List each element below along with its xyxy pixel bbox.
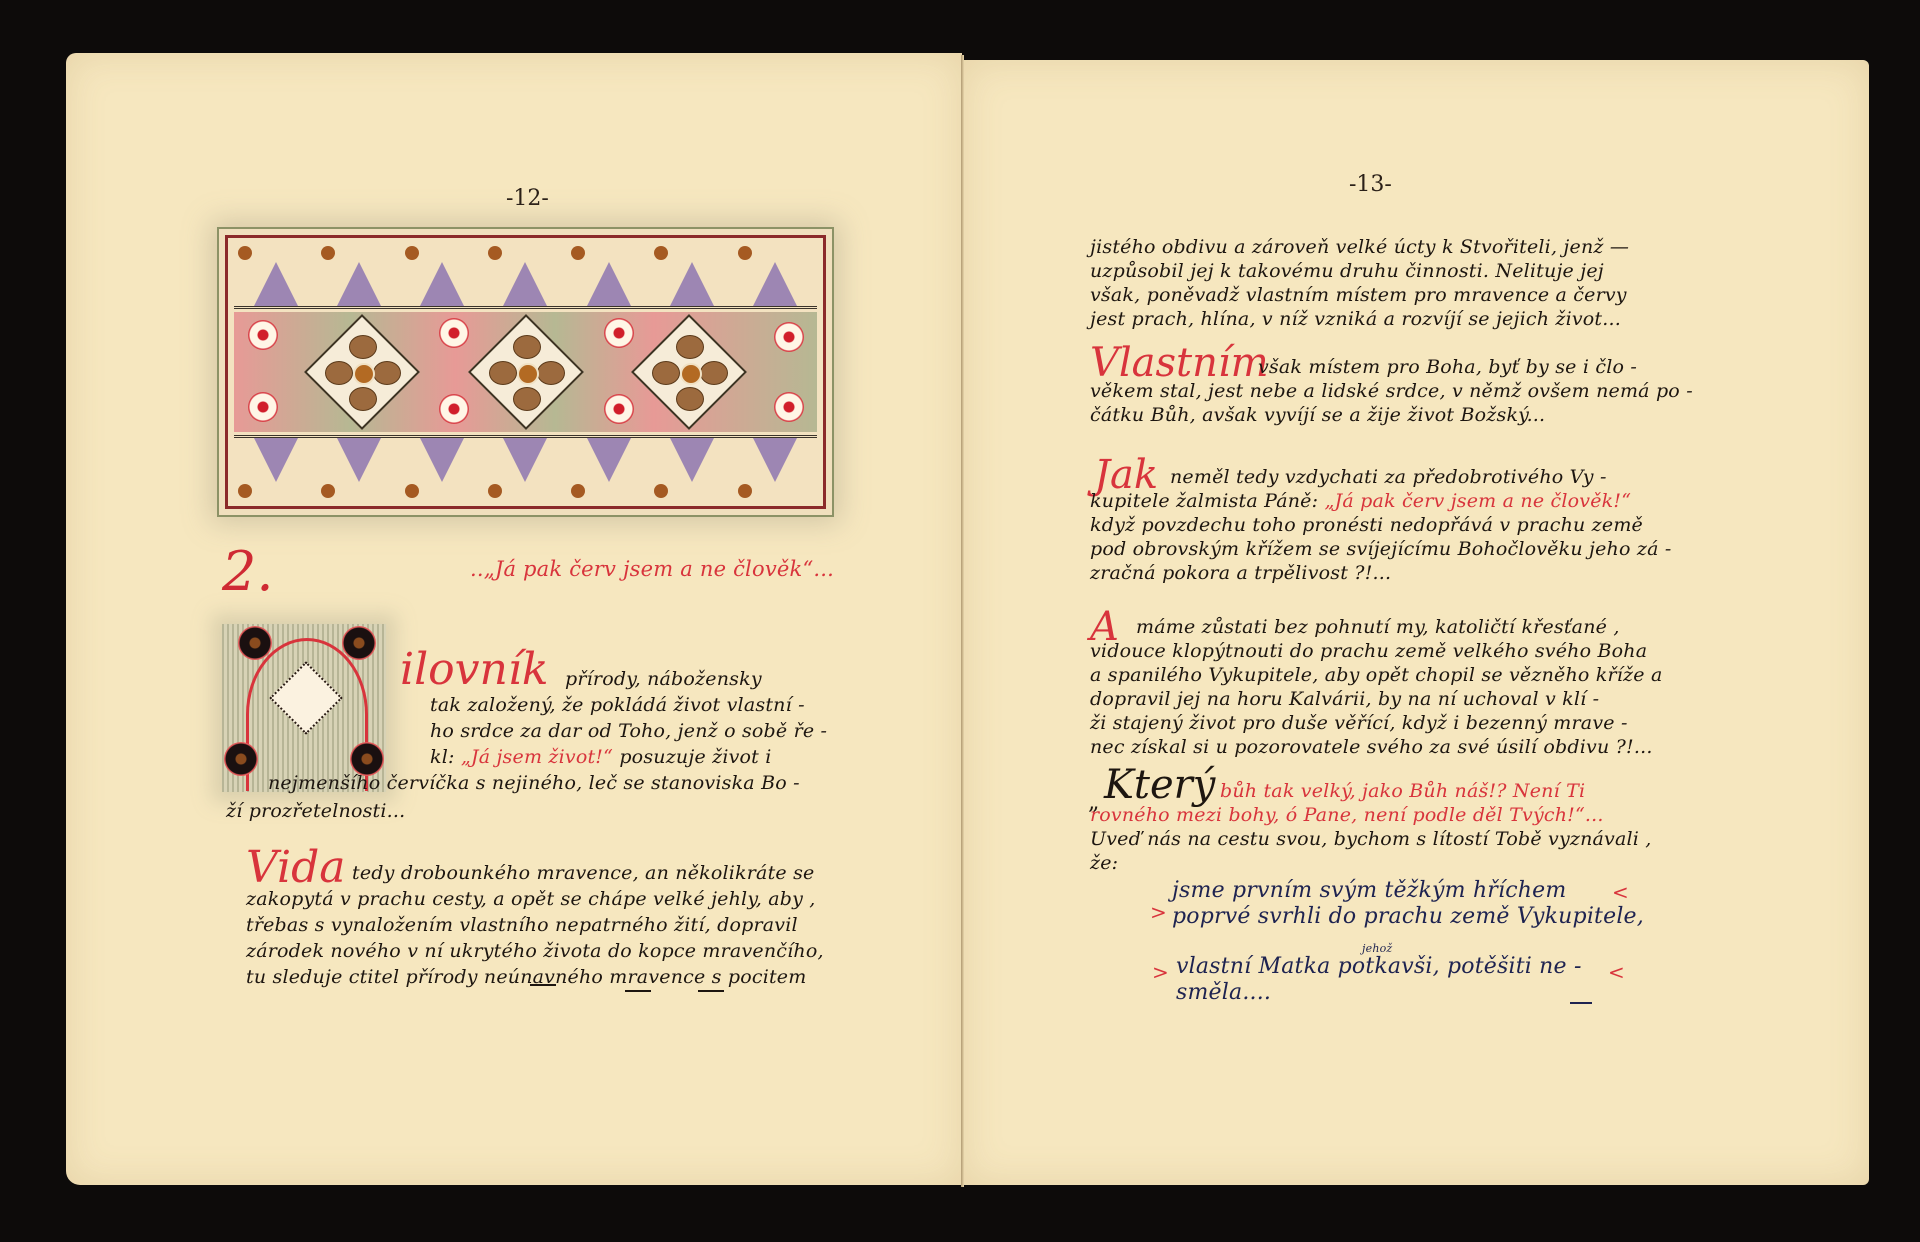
- bullet-marker-left: >: [1150, 900, 1167, 924]
- text-line: rovného mezi bohy, ó Pane, není podle dě…: [1090, 804, 1604, 826]
- page-number-right: -13-: [1349, 172, 1392, 197]
- text-line: vlastní Matka potkavši, potěšiti ne -: [1176, 956, 1582, 978]
- small-flower-icon: [604, 394, 634, 424]
- text-line: tak založený, že pokládá život vlastní -: [430, 694, 805, 716]
- text-line: poprvé svrhli do prachu země Vykupitele,: [1172, 906, 1644, 928]
- text-line: vidouce klopýtnouti do prachu země velké…: [1090, 640, 1647, 662]
- text-fragment: červíčka s nejiného, leč se stanoviska B…: [387, 772, 800, 794]
- chapter-epigraph: ..„Já pak červ jsem a ne člověk“...: [470, 558, 834, 580]
- flower-icon: [342, 626, 376, 660]
- text-line: nec získal si u pozorovatele svého za sv…: [1090, 736, 1653, 758]
- text-line: nejmenšího červíčka s nejiného, leč se s…: [268, 772, 800, 794]
- ornament-bottom-band: [234, 435, 817, 500]
- bullet-marker-right: <: [1608, 960, 1625, 984]
- flower-icon: [224, 742, 258, 776]
- folk-ornament-icon: [225, 235, 826, 509]
- illuminated-initial-icon: [222, 624, 386, 792]
- book-spine: [961, 55, 964, 1187]
- text-fragment: kl:: [430, 746, 455, 768]
- text-line: jistého obdivu a zároveň velké úcty k St…: [1090, 236, 1629, 258]
- text-line: dopravil jej na horu Kalvárii, by na ní …: [1090, 688, 1599, 710]
- flower-icon: [350, 742, 384, 776]
- page-number-left: -12-: [506, 186, 549, 211]
- flower-icon: [238, 626, 272, 660]
- text-line: máme zůstati bez pohnutí my, katoličtí k…: [1136, 616, 1620, 638]
- quote-red: „Já jsem život!“: [461, 746, 613, 768]
- small-flower-icon: [774, 392, 804, 422]
- text-fragment: nejmenšího: [268, 772, 380, 794]
- dash-mark: [530, 984, 556, 986]
- text-line: třebas s vynaložením vlastního nepatrnéh…: [246, 914, 798, 936]
- small-flower-icon: [604, 318, 634, 348]
- dash-mark: [625, 990, 651, 992]
- text-line: však místem pro Boha, byť by se i člo -: [1258, 356, 1637, 378]
- text-line: směla....: [1176, 982, 1271, 1004]
- text-line: ží prozřetelnosti...: [226, 800, 405, 822]
- text-line: ho srdce za dar od Toho, jenž o sobě ře …: [430, 720, 827, 742]
- dropword-ktery: Který: [1104, 762, 1215, 808]
- text-line: že:: [1090, 852, 1118, 874]
- text-line: kl: „Já jsem život!“ posuzuje život i: [430, 746, 772, 768]
- small-flower-icon: [439, 394, 469, 424]
- small-flower-icon: [248, 320, 278, 350]
- text-line: tedy drobounkého mravence, an několikrát…: [352, 862, 814, 884]
- text-fragment: kupitele žalmista Páně:: [1090, 490, 1318, 512]
- text-line: kupitele žalmista Páně: „Já pak červ jse…: [1090, 490, 1631, 512]
- text-line: čátku Bůh, avšak vyvíjí se a žije život …: [1090, 404, 1545, 426]
- ornament-top-band: [234, 244, 817, 309]
- bullet-marker-left: >: [1152, 960, 1169, 984]
- bullet-marker-right: <: [1612, 880, 1629, 904]
- quote-red: „Já pak červ jsem a ne člověk!“: [1324, 490, 1631, 512]
- lozenge-flower-icon: [624, 317, 754, 427]
- lozenge-flower-icon: [297, 317, 427, 427]
- ornament-center-field: [234, 312, 817, 432]
- text-line: Uveď nás na cestu svou, bychom s lítostí…: [1090, 828, 1652, 850]
- text-line: uzpůsobil jej k takovému druhu činnosti.…: [1090, 260, 1604, 282]
- text-line: bůh tak velký, jako Bůh náš!? Není Ti: [1220, 780, 1585, 802]
- text-line: pod obrovským křížem se svíjejícímu Boho…: [1090, 538, 1671, 560]
- small-flower-icon: [439, 318, 469, 348]
- text-fragment: posuzuje život i: [619, 746, 771, 768]
- text-line: když povzdechu toho pronésti nedopřává v…: [1090, 514, 1643, 536]
- text-line: neměl tedy vzdychati za předobrotivého V…: [1170, 466, 1607, 488]
- text-line: ži stajený život pro duše věřící, když i…: [1090, 712, 1628, 734]
- lozenge-flower-icon: [461, 317, 591, 427]
- text-line: zárodek nového v ní ukrytého života do k…: [246, 940, 824, 962]
- text-line: však, poněvadž vlastním místem pro mrave…: [1090, 284, 1627, 306]
- text-line: věkem stal, jest nebe a lidské srdce, v …: [1090, 380, 1693, 402]
- text-line: a spanilého Vykupitele, aby opět chopil …: [1090, 664, 1662, 686]
- left-page: [66, 53, 962, 1185]
- dropword-vida: Vida: [246, 842, 345, 893]
- text-line: tu sleduje ctitel přírody neúnavného mra…: [246, 966, 806, 988]
- small-flower-icon: [774, 322, 804, 352]
- text-line: jest prach, hlína, v níž vzniká a rozvíj…: [1090, 308, 1621, 330]
- chapter-number: 2.: [222, 540, 274, 603]
- text-line: přírody, nábožensky: [565, 668, 762, 690]
- dash-mark: [698, 990, 724, 992]
- text-line: zračná pokora a trpělivost ?!...: [1090, 562, 1391, 584]
- dash-mark: [1570, 1002, 1592, 1004]
- small-flower-icon: [248, 392, 278, 422]
- dropword-milovnik: ilovník: [400, 644, 549, 695]
- text-line: jsme prvním svým těžkým hříchem: [1172, 880, 1566, 902]
- text-line: zakopytá v prachu cesty, a opět se chápe…: [246, 888, 816, 910]
